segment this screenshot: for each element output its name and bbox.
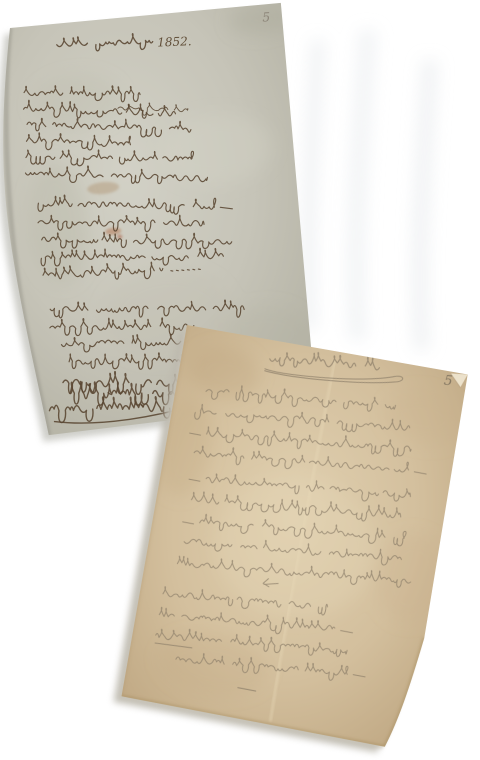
manuscript-photo: 1852. 5 5 bbox=[0, 0, 480, 760]
photo-background: 1852. 5 5 bbox=[0, 0, 480, 760]
page-number: 5 bbox=[443, 373, 453, 390]
date-text: 1852. bbox=[157, 34, 192, 49]
page-number: 5 bbox=[262, 9, 271, 24]
